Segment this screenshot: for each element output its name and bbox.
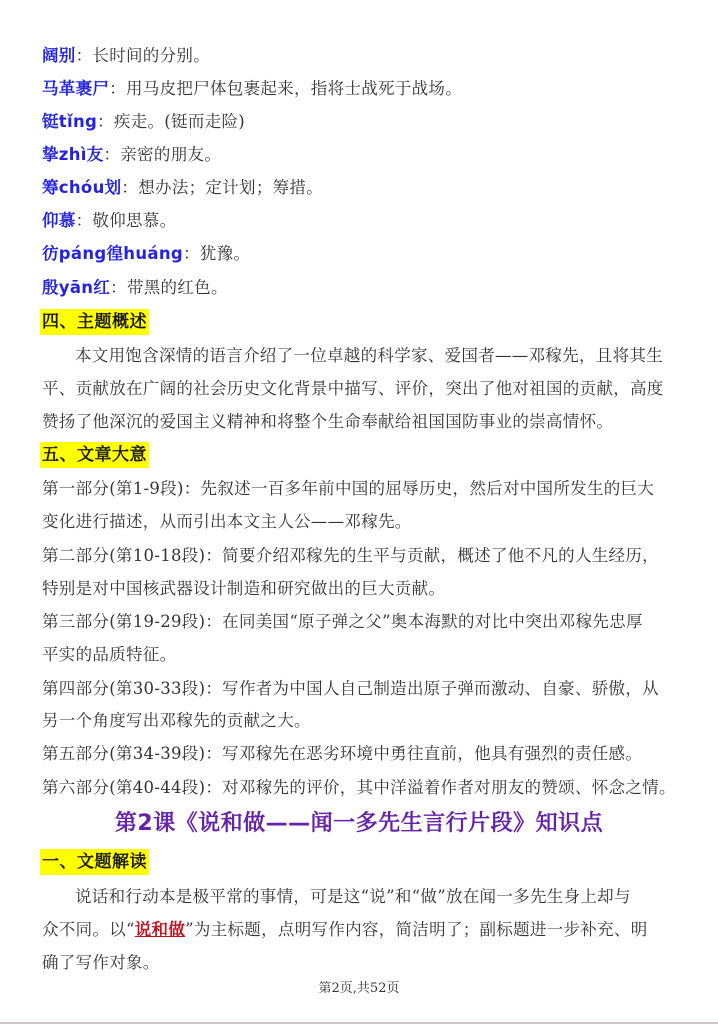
section-heading-summary: 五、文章大意 — [40, 442, 149, 468]
paragraph-line: 第一部分(第1-9段)：先叙述一百多年前中国的屈辱历史，然后对中国所发生的巨大 — [42, 472, 680, 505]
paragraph-line: 确了写作对象。 — [42, 946, 680, 979]
vocab-definition: ：疾走。(铤而走险) — [97, 112, 245, 131]
paragraph-line: 第四部分(第30-33段)：写作者为中国人自己制造出原子弹而激动、自豪、骄傲，从 — [42, 672, 680, 705]
vocab-term: 殷yān红 — [42, 278, 110, 297]
paragraph-line: 赞扬了他深沉的爱国主义精神和将整个生命奉献给祖国国防事业的崇高情怀。 — [42, 405, 680, 438]
vocab-term: 仰慕 — [42, 211, 76, 230]
paragraph-line: 特别是对中国核武器设计制造和研究做出的巨大贡献。 — [42, 572, 680, 605]
text-segment: ”为主标题，点明写作内容，简洁明了；副标题进一步补充、明 — [185, 920, 647, 939]
vocab-term: 筹chóu划 — [42, 178, 121, 197]
vocab-item: 彷páng徨huáng：犹豫。 — [42, 237, 680, 270]
vocab-term: 彷páng徨huáng — [42, 244, 183, 263]
page-number: 第2页,共52页 — [0, 978, 718, 1000]
vocab-item: 仰慕：敬仰思慕。 — [42, 204, 680, 237]
vocab-definition: ：长时间的分别。 — [76, 46, 210, 65]
vocab-item: 阔别：长时间的分别。 — [42, 39, 680, 72]
vocab-item: 马革裹尸：用马皮把尸体包裹起来，指将士战死于战场。 — [42, 72, 680, 105]
vocab-definition: ：亲密的朋友。 — [104, 145, 222, 164]
vocab-definition: ：犹豫。 — [183, 244, 250, 263]
vocab-term: 马革裹尸 — [42, 79, 109, 98]
vocab-term: 铤tǐng — [42, 112, 97, 131]
vocab-definition: ：带黑的红色。 — [110, 278, 228, 297]
paragraph-line: 第三部分(第19-29段)：在同美国“原子弹之父”奥本海默的对比中突出邓稼先忠厚 — [42, 605, 680, 638]
vocab-term: 阔别 — [42, 46, 76, 65]
document-page: 阔别：长时间的分别。 马革裹尸：用马皮把尸体包裹起来，指将士战死于战场。 铤tǐ… — [0, 0, 718, 1024]
section-heading-title-interpretation: 一、文题解读 — [40, 849, 149, 875]
vocab-item: 筹chóu划：想办法；定计划；筹措。 — [42, 171, 680, 204]
paragraph-line: 平实的品质特征。 — [42, 638, 680, 671]
paragraph-line: 众不同。以“说和做”为主标题，点明写作内容，简洁明了；副标题进一步补充、明 — [42, 913, 680, 946]
paragraph-line: 平、贡献放在广阔的社会历史文化背景中描写、评价，突出了他对祖国的贡献，高度 — [42, 372, 680, 405]
paragraph-line: 说话和行动本是极平常的事情，可是这“说”和“做”放在闻一多先生身上却与 — [42, 880, 680, 913]
paragraph-line: 本文用饱含深情的语言介绍了一位卓越的科学家、爱国者——邓稼先，且将其生 — [42, 339, 680, 372]
paragraph-line: 另一个角度写出邓稼先的贡献之大。 — [42, 704, 680, 737]
vocab-term: 挚zhì友 — [42, 145, 104, 164]
section-heading-theme: 四、主题概述 — [40, 309, 149, 335]
emphasized-title: 说和做 — [135, 920, 185, 939]
vocab-definition: ：想办法；定计划；筹措。 — [121, 178, 323, 197]
paragraph-line: 第六部分(第40-44段)：对邓稼先的评价，其中洋溢着作者对朋友的赞颂、怀念之情… — [42, 771, 680, 804]
text-segment: 众不同。以“ — [42, 920, 135, 939]
vocab-item: 铤tǐng：疾走。(铤而走险) — [42, 105, 680, 138]
vocab-definition: ：用马皮把尸体包裹起来，指将士战死于战场。 — [109, 79, 462, 98]
vocab-item: 殷yān红：带黑的红色。 — [42, 271, 680, 304]
paragraph-line: 变化进行描述，从而引出本文主人公——邓稼先。 — [42, 505, 680, 538]
vocab-item: 挚zhì友：亲密的朋友。 — [42, 138, 680, 171]
lesson-title: 第2课《说和做——闻一多先生言行片段》知识点 — [0, 806, 718, 842]
vocab-definition: ：敬仰思慕。 — [76, 211, 177, 230]
paragraph-line: 第五部分(第34-39段)：写邓稼先在恶劣环境中勇往直前，他具有强烈的责任感。 — [42, 737, 680, 770]
paragraph-line: 第二部分(第10-18段)：简要介绍邓稼先的生平与贡献，概述了他不凡的人生经历， — [42, 539, 680, 572]
